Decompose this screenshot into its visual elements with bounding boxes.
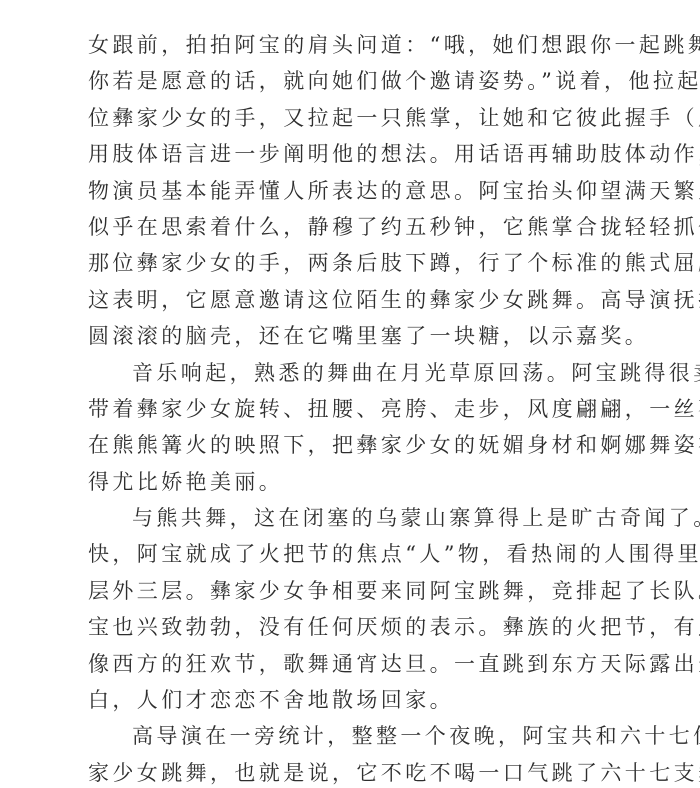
text-line: 用肢体语言进一步阐明他的想法。用话语再辅助肢体动作，动 [88,136,608,172]
text-line: 得尤比娇艳美丽。 [88,464,608,500]
text-line: 音乐响起，熟悉的舞曲在月光草原回荡。阿宝跳得很卖力， [88,355,608,391]
text-line: 宝也兴致勃勃，没有任何厌烦的表示。彝族的火把节，有点儿 [88,609,608,645]
text-line: 这表明，它愿意邀请这位陌生的彝家少女跳舞。高导演抚摸它 [88,282,608,318]
text-line: 家少女跳舞，也就是说，它不吃不喝一口气跳了六十七支舞。 [88,755,608,788]
text-line: 在熊熊篝火的映照下，把彝家少女的妩媚身材和婀娜舞姿衬托 [88,427,608,463]
text-line: 你若是愿意的话，就向她们做个邀请姿势。”说着，他拉起一 [88,63,608,99]
text-line: 像西方的狂欢节，歌舞通宵达旦。一直跳到东方天际露出鱼肚 [88,646,608,682]
text-line: 高导演在一旁统计，整整一个夜晚，阿宝共和六十七位彝 [88,718,608,754]
text-line: 与熊共舞，这在闭塞的乌蒙山寨算得上是旷古奇闻了。很 [88,500,608,536]
paragraph-1: 女跟前，拍拍阿宝的肩头问道：“哦，她们想跟你一起跳舞， 你若是愿意的话，就向她们… [88,27,608,355]
document-page: 女跟前，拍拍阿宝的肩头问道：“哦，她们想跟你一起跳舞， 你若是愿意的话，就向她们… [0,0,700,788]
paragraph-4: 高导演在一旁统计，整整一个夜晚，阿宝共和六十七位彝 家少女跳舞，也就是说，它不吃… [88,718,608,788]
text-line: 那位彝家少女的手，两条后肢下蹲，行了个标准的熊式屈膝礼， [88,245,608,281]
paragraph-3: 与熊共舞，这在闭塞的乌蒙山寨算得上是旷古奇闻了。很 快，阿宝就成了火把节的焦点“… [88,500,608,718]
body-text: 女跟前，拍拍阿宝的肩头问道：“哦，她们想跟你一起跳舞， 你若是愿意的话，就向她们… [88,27,608,788]
text-line: 位彝家少女的手，又拉起一只熊掌，让她和它彼此握手（爪）， [88,100,608,136]
text-line: 似乎在思索着什么，静穆了约五秒钟，它熊掌合拢轻轻抓住了 [88,209,608,245]
text-line: 快，阿宝就成了火把节的焦点“人”物，看热闹的人围得里三 [88,536,608,572]
text-line: 层外三层。彝家少女争相要来同阿宝跳舞，竞排起了长队。阿 [88,573,608,609]
text-line: 白，人们才恋恋不舍地散场回家。 [88,682,608,718]
text-line: 女跟前，拍拍阿宝的肩头问道：“哦，她们想跟你一起跳舞， [88,27,608,63]
text-line: 带着彝家少女旋转、扭腰、亮胯、走步，风度翩翩，一丝不苟， [88,391,608,427]
text-line: 物演员基本能弄懂人所表达的意思。阿宝抬头仰望满天繁星， [88,173,608,209]
text-line: 圆滚滚的脑壳，还在它嘴里塞了一块糖，以示嘉奖。 [88,318,608,354]
paragraph-2: 音乐响起，熟悉的舞曲在月光草原回荡。阿宝跳得很卖力， 带着彝家少女旋转、扭腰、亮… [88,355,608,501]
